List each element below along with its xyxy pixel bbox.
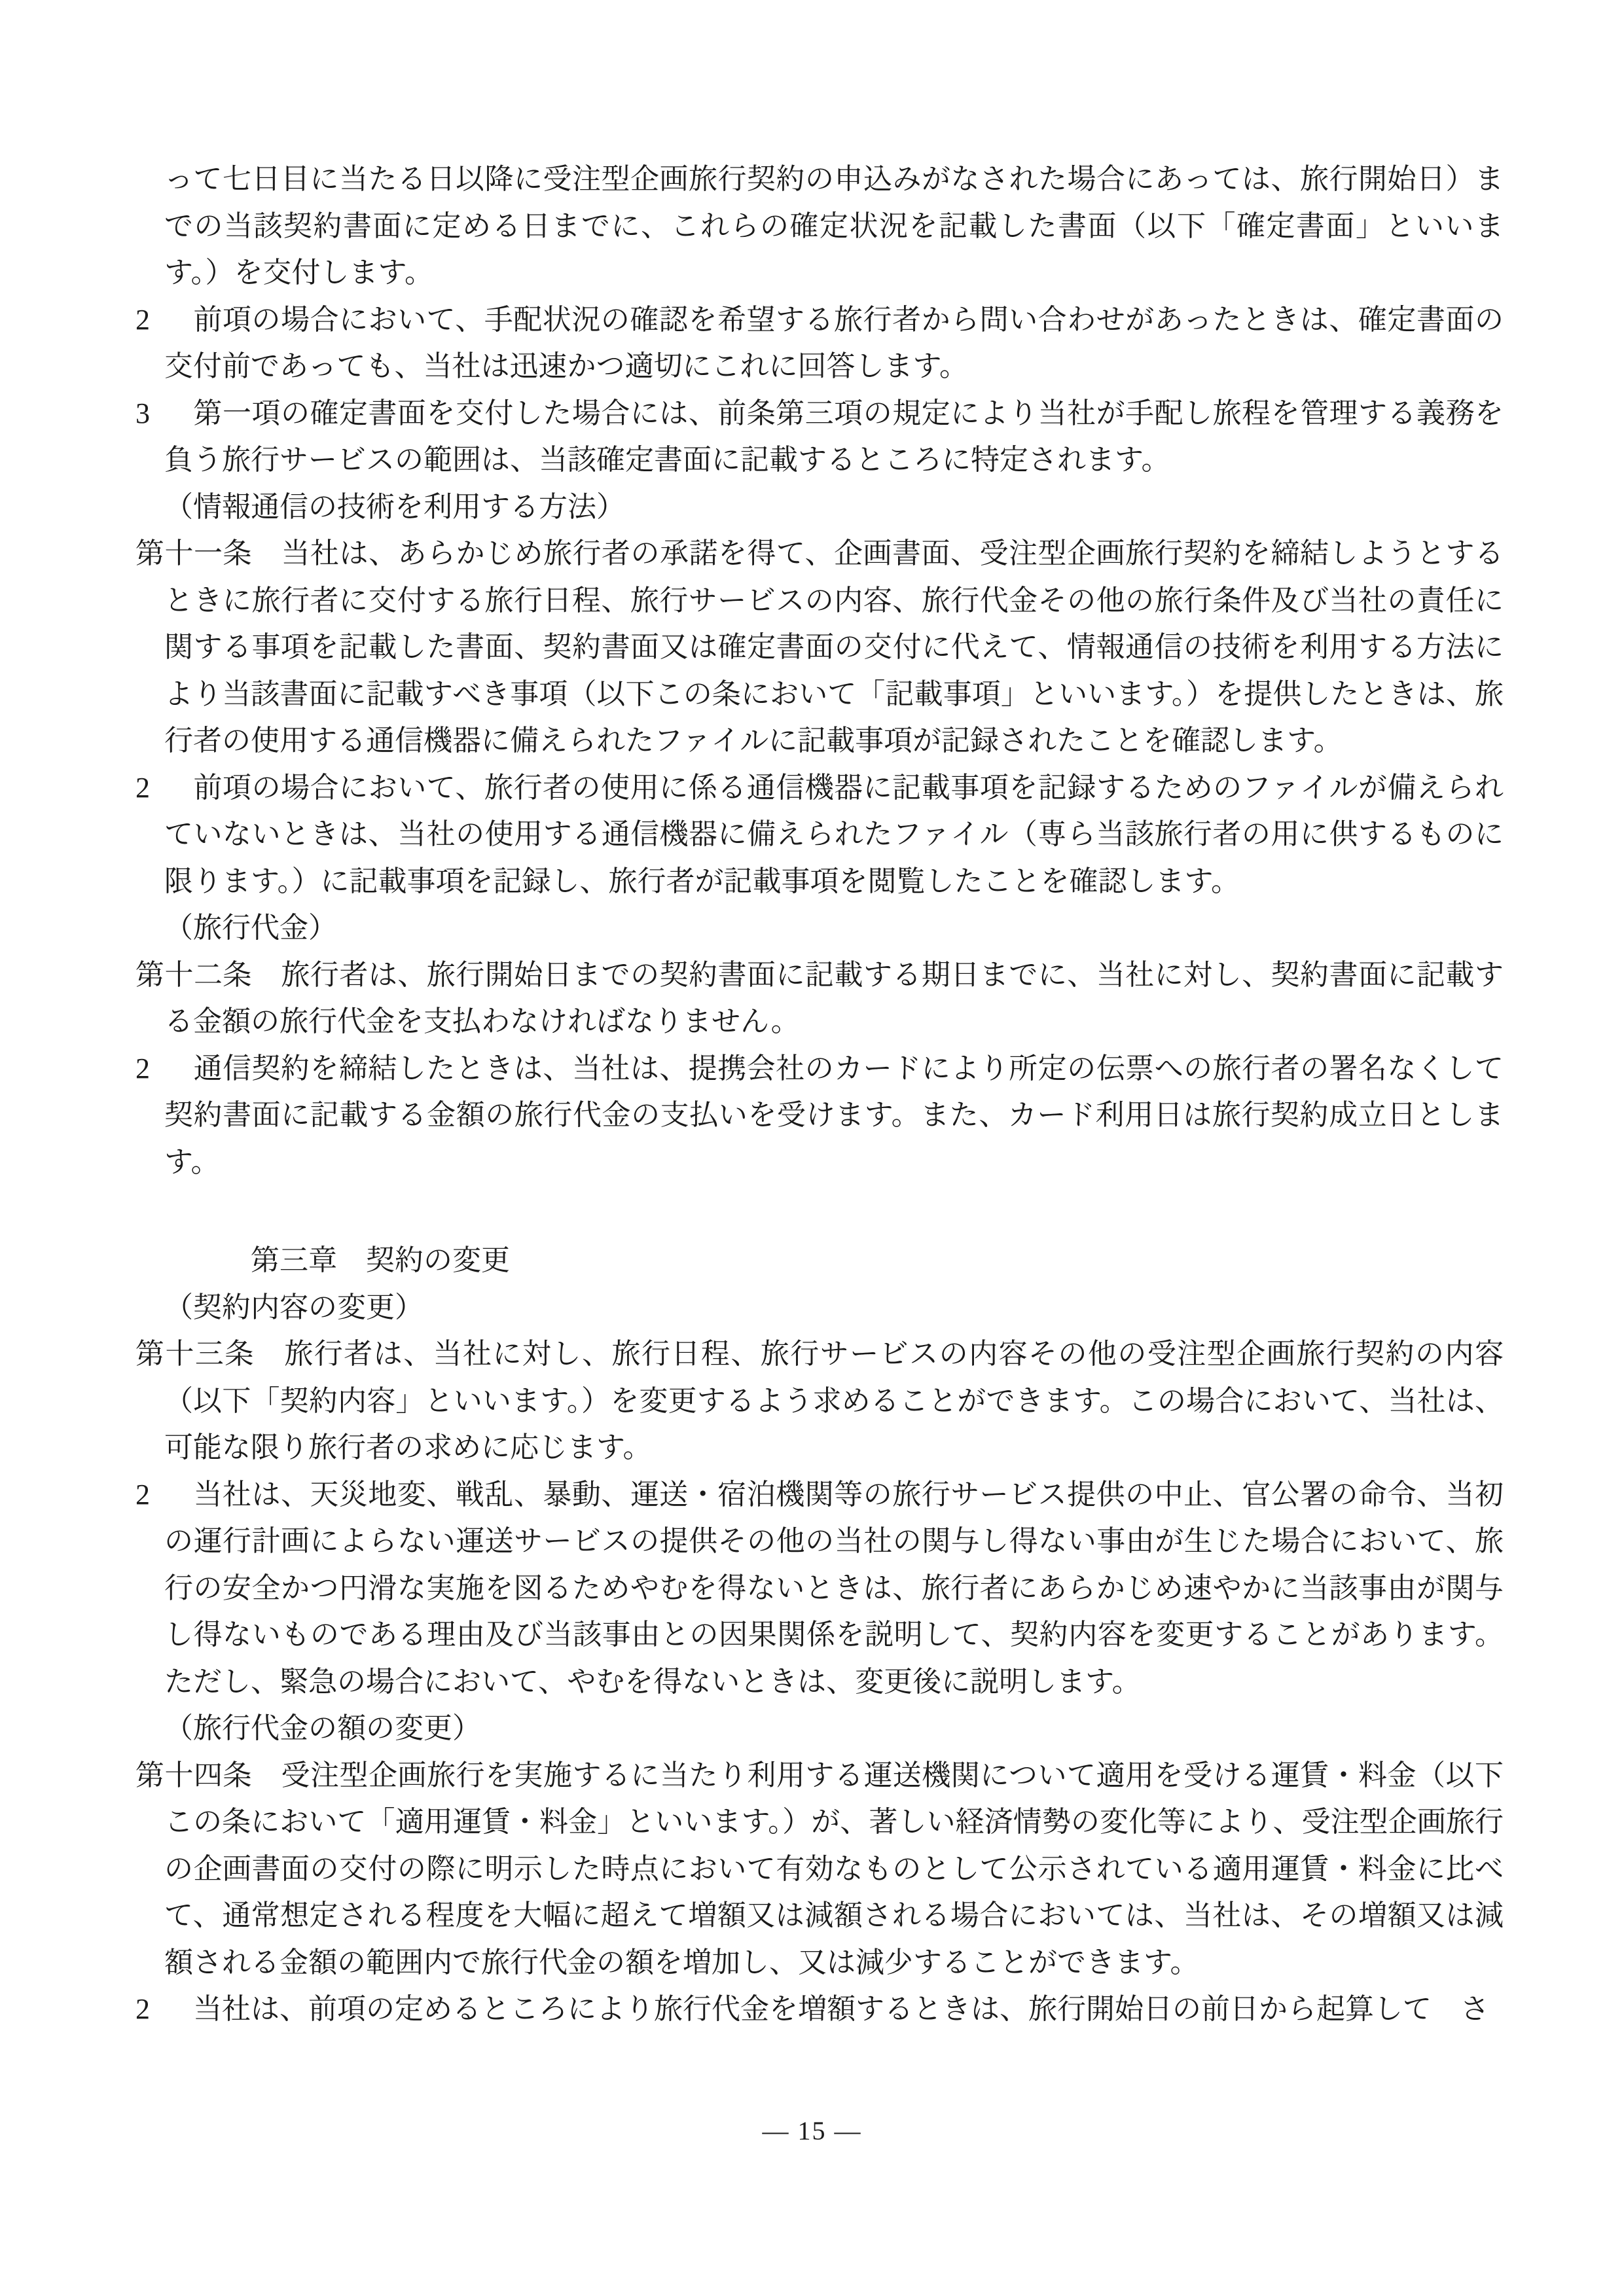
item-text: 当社は、天災地変、戦乱、暴動、運送・宿泊機関等の旅行サービス提供の中止、官公署の… (164, 1479, 1504, 1698)
item-paragraph: 2前項の場合において、手配状況の確認を希望する旅行者から問い合わせがあったときは… (135, 296, 1504, 390)
section-heading: （旅行代金） (164, 905, 1504, 952)
item-text: 通信契約を締結したときは、当社は、提携会社のカードにより所定の伝票への旅行者の署… (164, 1052, 1504, 1178)
item-text: 前項の場合において、手配状況の確認を希望する旅行者から問い合わせがあったときは、… (164, 304, 1504, 383)
item-number: 2 (135, 764, 193, 812)
section-heading: （契約内容の変更） (164, 1284, 1504, 1331)
section-heading: （情報通信の技術を利用する方法） (164, 484, 1504, 531)
terms-text-block: って七日目に当たる日以降に受注型企画旅行契約の申込みがなされた場合にあっては、旅… (135, 156, 1504, 2033)
page-number: ― 15 ― (763, 2116, 862, 2145)
page-footer: ― 15 ― (0, 2117, 1624, 2145)
item-paragraph: 2当社は、前項の定めるところにより旅行代金を増額するときは、旅行開始日の前日から… (135, 1986, 1504, 2033)
item-paragraph: 2前項の場合において、旅行者の使用に係る通信機器に記載事項を記録するためのファイ… (135, 764, 1504, 905)
document-page: って七日目に当たる日以降に受注型企画旅行契約の申込みがなされた場合にあっては、旅… (0, 0, 1624, 2296)
item-text: 第一項の確定書面を交付した場合には、前条第三項の規定により当社が手配し旅程を管理… (164, 397, 1504, 476)
item-paragraph: 3第一項の確定書面を交付した場合には、前条第三項の規定により当社が手配し旅程を管… (135, 390, 1504, 484)
article-paragraph: 第十三条 旅行者は、当社に対し、旅行日程、旅行サービスの内容その他の受注型企画旅… (135, 1331, 1504, 1471)
item-number: 2 (135, 1986, 193, 2033)
article-paragraph: 第十二条 旅行者は、旅行開始日までの契約書面に記載する期日までに、当社に対し、契… (135, 952, 1504, 1045)
item-number: 2 (135, 1471, 193, 1518)
section-heading: （旅行代金の額の変更） (164, 1705, 1504, 1752)
continuation-paragraph: って七日目に当たる日以降に受注型企画旅行契約の申込みがなされた場合にあっては、旅… (164, 156, 1504, 296)
item-number: 3 (135, 390, 193, 437)
item-number: 2 (135, 1045, 193, 1092)
item-paragraph: 2当社は、天災地変、戦乱、暴動、運送・宿泊機関等の旅行サービス提供の中止、官公署… (135, 1471, 1504, 1706)
chapter-heading: 第三章 契約の変更 (251, 1237, 1504, 1284)
article-paragraph: 第十一条 当社は、あらかじめ旅行者の承諾を得て、企画書面、受注型企画旅行契約を締… (135, 530, 1504, 764)
item-text: 前項の場合において、旅行者の使用に係る通信機器に記載事項を記録するためのファイル… (164, 772, 1504, 897)
item-number: 2 (135, 296, 193, 344)
item-paragraph: 2通信契約を締結したときは、当社は、提携会社のカードにより所定の伝票への旅行者の… (135, 1045, 1504, 1186)
item-text: 当社は、前項の定めるところにより旅行代金を増額するときは、旅行開始日の前日から起… (193, 1993, 1489, 2025)
article-paragraph: 第十四条 受注型企画旅行を実施するに当たり利用する運送機関について適用を受ける運… (135, 1752, 1504, 1986)
